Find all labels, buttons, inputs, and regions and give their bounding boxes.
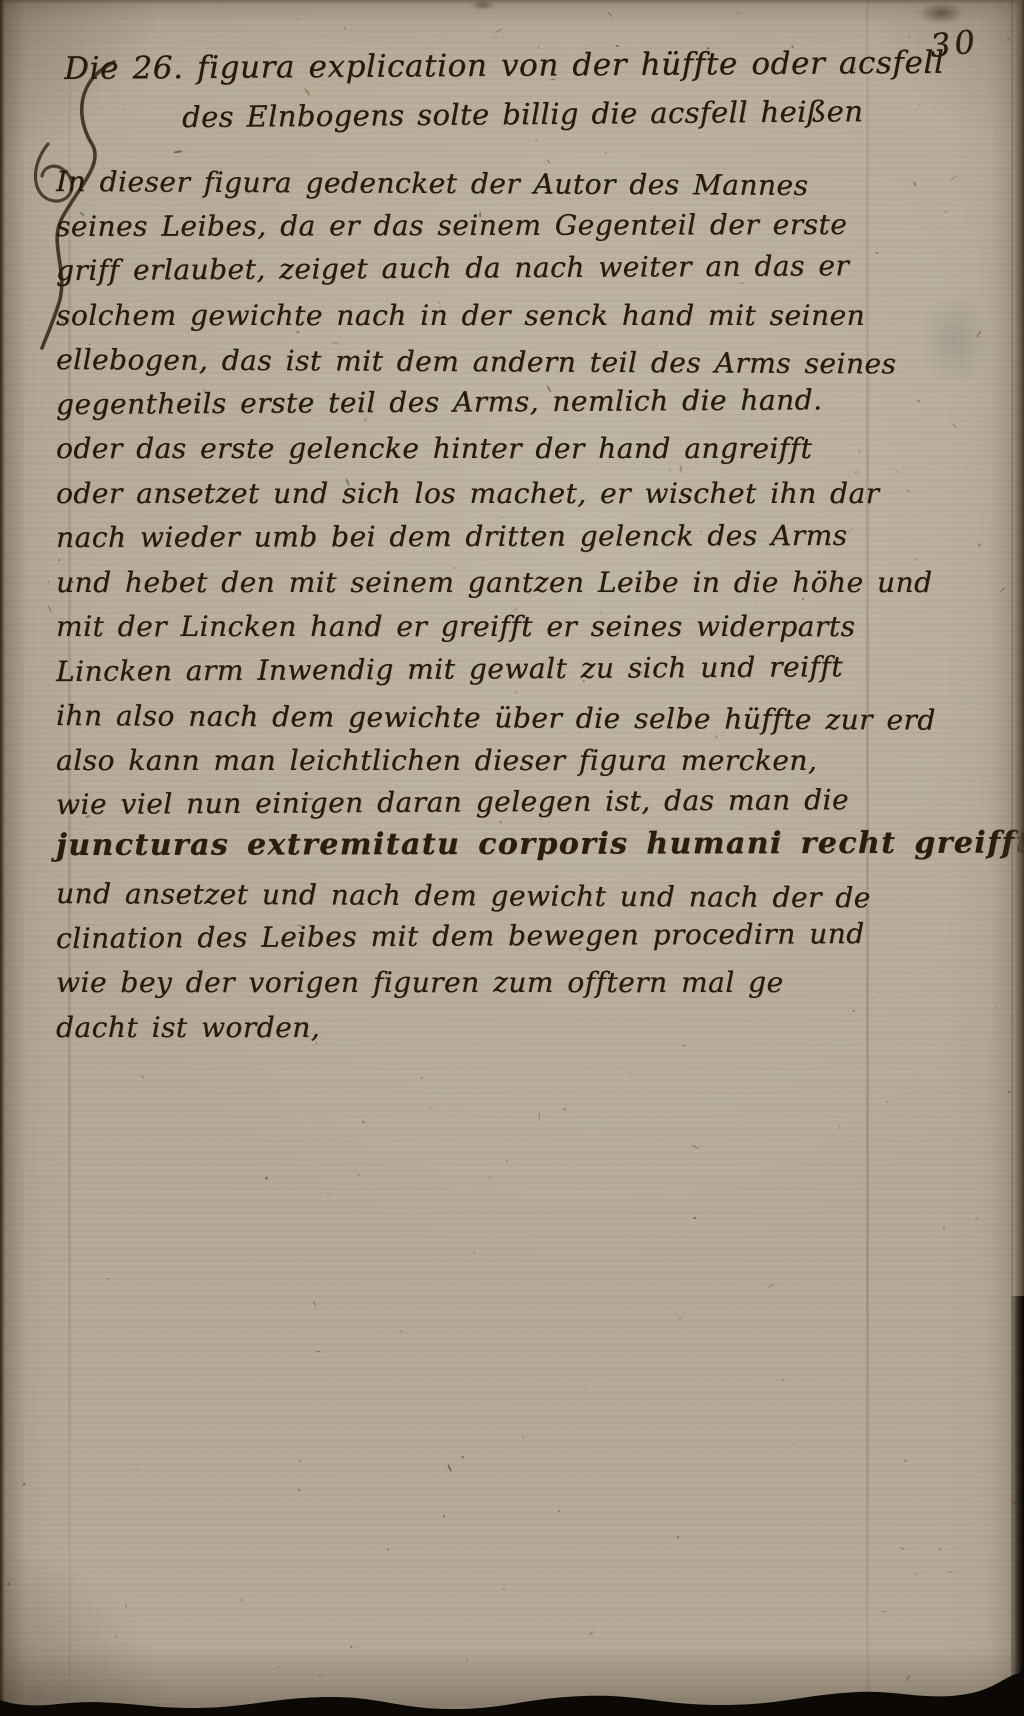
handwritten-line: oder ansetzet und sich los machet, er wi… (56, 472, 896, 517)
handwritten-line: mit der Lincken hand er greifft er seine… (56, 605, 896, 650)
handwritten-line: also kann man leichtlichen dieser figura… (56, 739, 896, 784)
heading: Die 26. figura explication von der hüfft… (64, 48, 894, 131)
handwritten-line: griff erlaubet, zeiget auch da nach weit… (56, 244, 896, 294)
manuscript-page: 30 Die 26. figura explication von der hü… (0, 0, 1024, 1716)
page-bottom-edge (0, 1664, 1024, 1716)
handwritten-line: In dieser figura gedencket der Autor des… (56, 160, 896, 209)
handwritten-line: wie viel nun einigen daran gelegen ist, … (56, 778, 896, 828)
handwritten-line: seines Leibes, da er das seinem Gegentei… (56, 202, 896, 249)
handwritten-line: nach wieder umb bei dem dritten gelenck … (56, 514, 896, 561)
handwritten-line: ihn also nach dem gewichte über die selb… (56, 694, 896, 743)
edge-stain-small (470, 0, 496, 10)
handwritten-line: gegentheils erste teil des Arms, nemlich… (56, 377, 896, 427)
heading-line-1: Die 26. figura explication von der hüfft… (64, 45, 894, 87)
handwritten-line: solchem gewichte nach in der senck hand … (56, 294, 896, 339)
page-left-edge (0, 0, 5, 1716)
edge-stain (918, 2, 964, 24)
handwritten-line: und hebet den mit seinem gantzen Leibe i… (56, 561, 896, 606)
handwritten-line: wie bey der vorigen figuren zum offtern … (56, 961, 896, 1006)
latin-phrase-line: juncturas extremitatu corporis humani re… (56, 825, 896, 872)
handwritten-line: Lincken arm Inwendig mit gewalt zu sich … (56, 644, 896, 694)
heading-line-2: des Elnbogens solte billig die acsfell h… (182, 94, 894, 134)
handwritten-line: clination des Leibes mit dem bewegen pro… (56, 911, 896, 961)
ink-smudge (920, 295, 990, 385)
handwritten-line: oder das erste gelencke hinter der hand … (56, 427, 896, 472)
page-corner-bottom-right (978, 1656, 1024, 1716)
manuscript-body: In dieser figura gedencket der Autor des… (56, 160, 896, 1050)
page-right-edge-dark (1010, 1296, 1024, 1716)
handwritten-line: dacht ist worden, (56, 1006, 896, 1051)
